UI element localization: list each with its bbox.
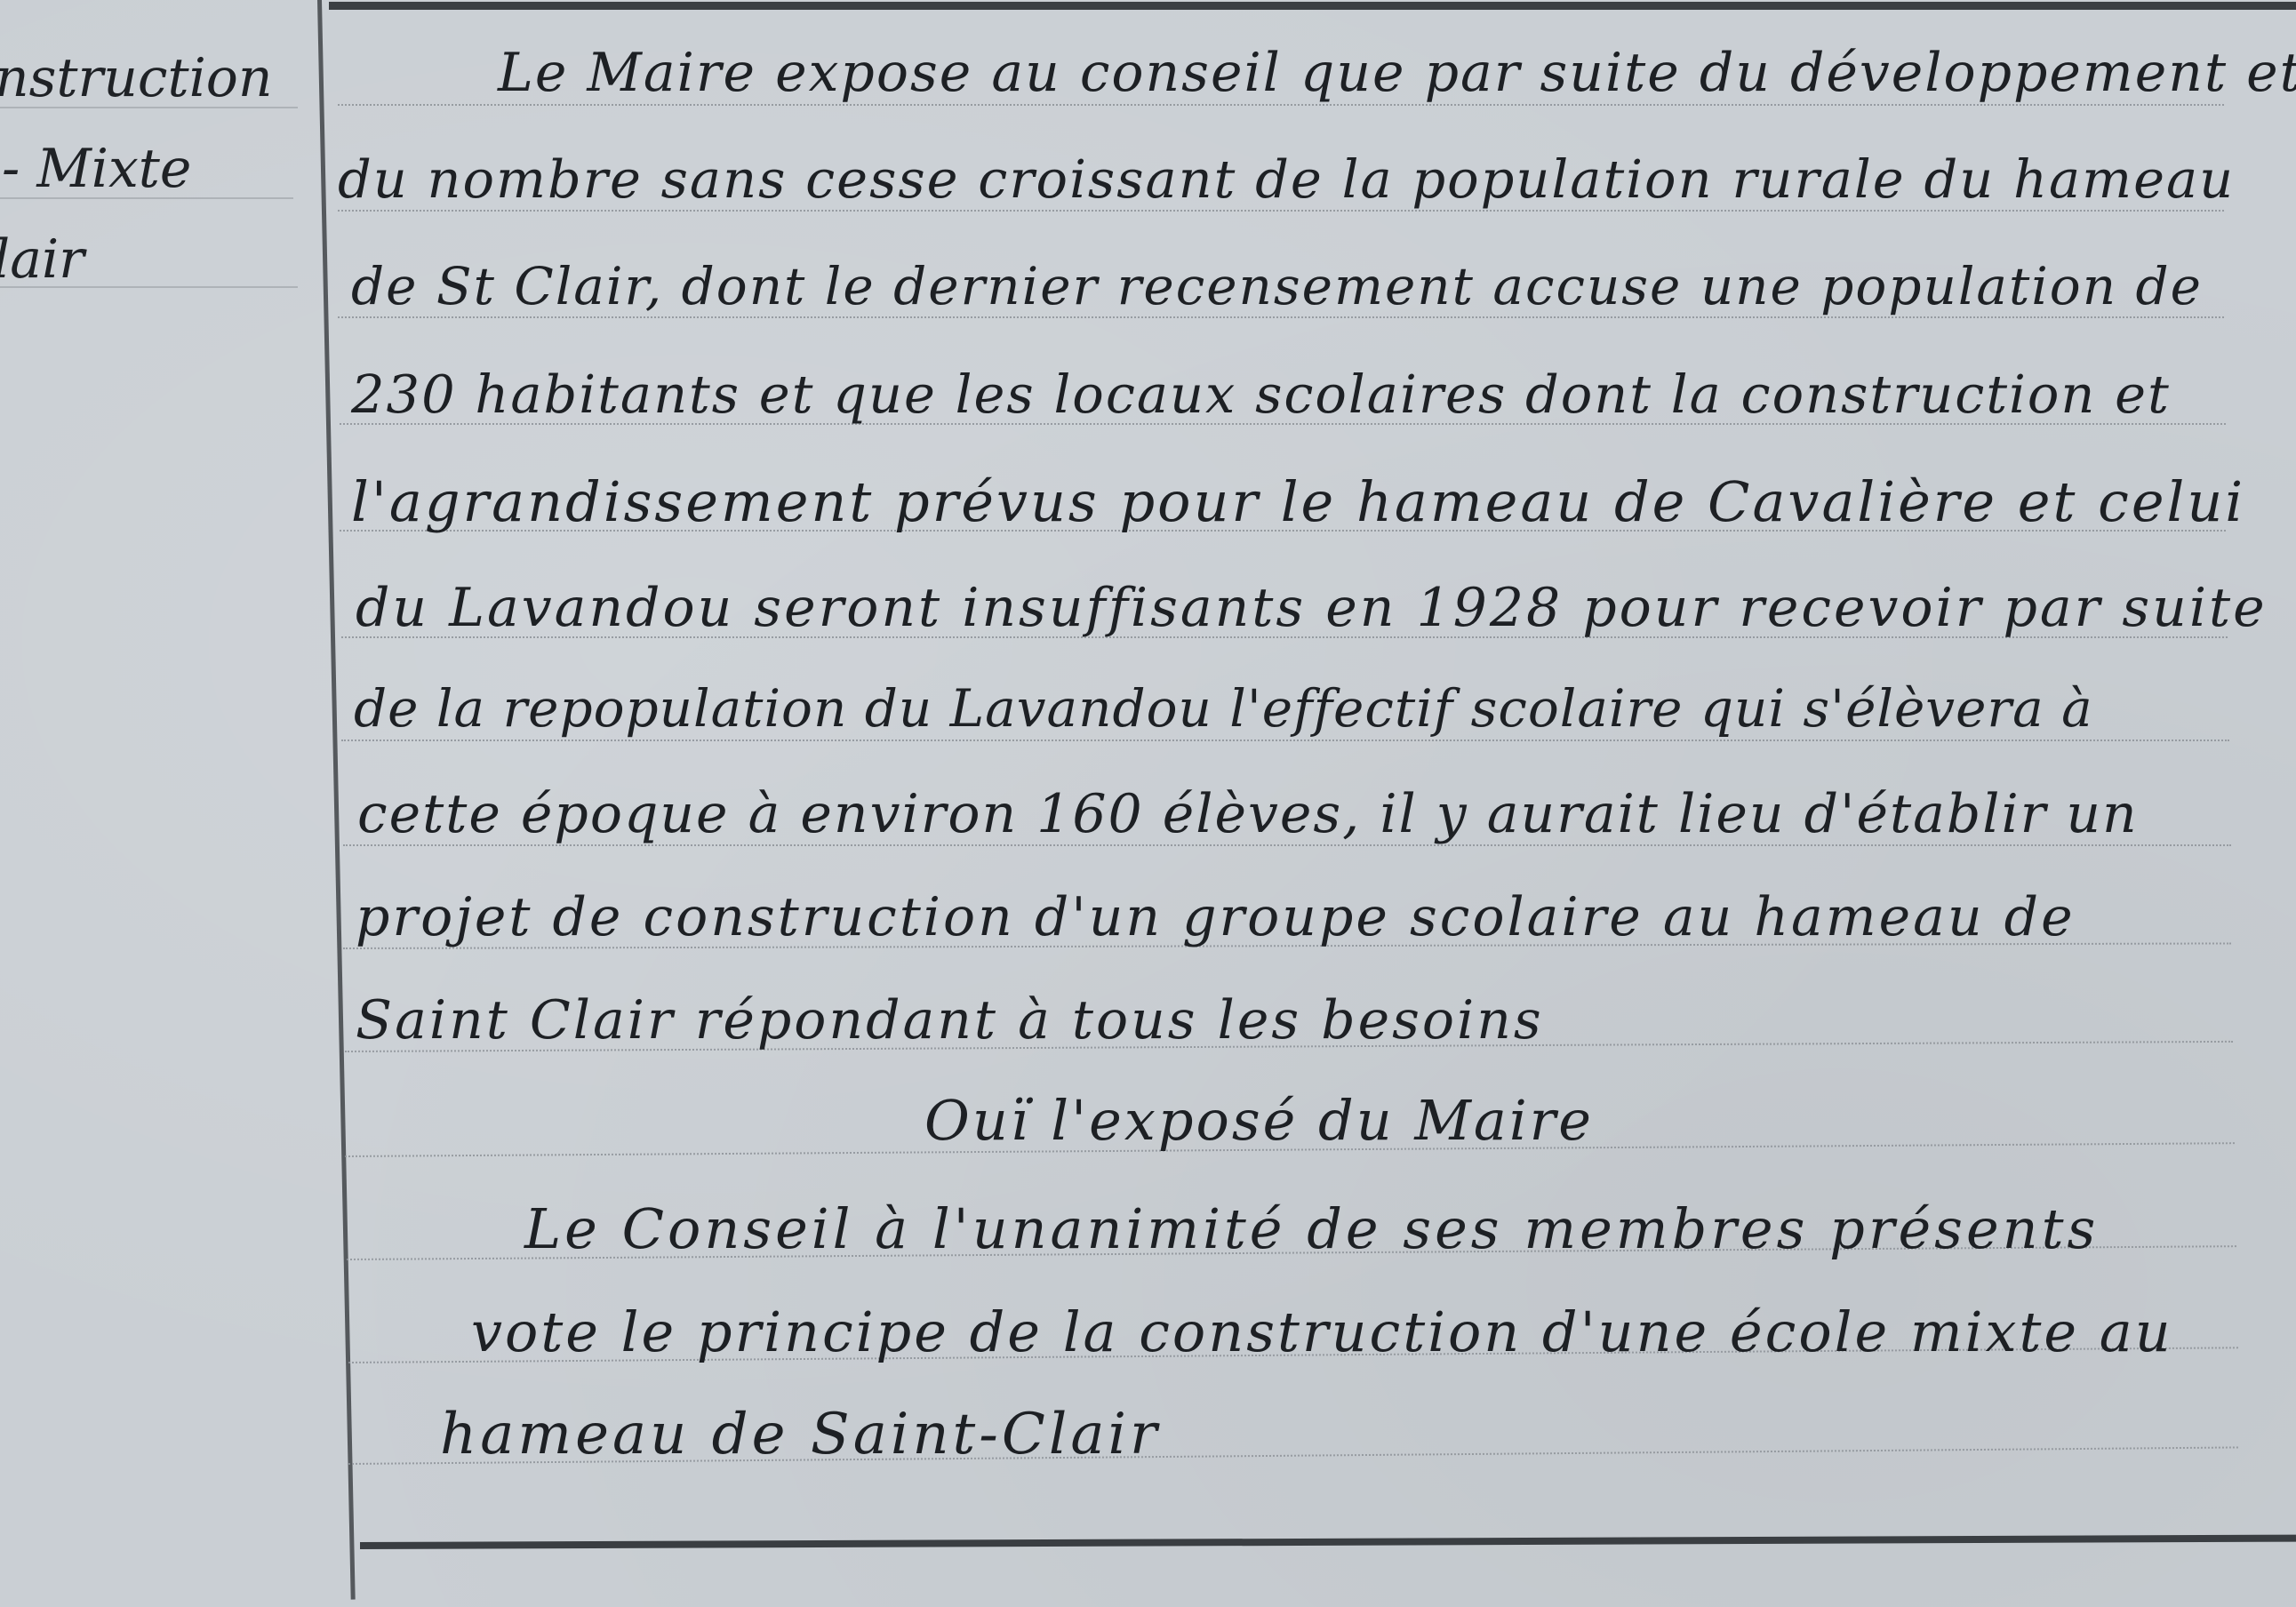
body-line-12: Le Conseil à l'unanimité de ses membres … — [524, 1202, 2099, 1257]
body-line-5: l'agrandissement prévus pour le hameau d… — [351, 475, 2245, 530]
body-line-2: du nombre sans cesse croissant de la pop… — [338, 153, 2235, 205]
margin-note-line-2: - Mixte — [2, 142, 191, 196]
margin-note-line-3: lair — [0, 233, 84, 286]
ruled-line — [338, 316, 2224, 318]
body-line-8: cette époque à environ 160 élèves, il y … — [357, 788, 2139, 841]
body-line-6: du Lavandou seront insuffisants en 1928 … — [356, 581, 2268, 635]
ruled-line — [341, 740, 2229, 741]
ruled-line — [338, 210, 2224, 212]
register-page: nstruction - Mixte lair Le Maire expose … — [0, 0, 2296, 1607]
body-line-1: Le Maire expose au conseil que par suite… — [498, 46, 2296, 100]
margin-note-line-1: nstruction — [0, 52, 273, 105]
body-line-7: de la repopulation du Lavandou l'effecti… — [354, 683, 2093, 734]
body-line-10: Saint Clair répondant à tous les besoins — [356, 994, 1544, 1047]
margin-vertical-line — [317, 0, 356, 1600]
body-line-4: 230 habitants et que les locaux scolaire… — [351, 368, 2171, 420]
body-line-14: hameau de Saint-Clair — [440, 1406, 1161, 1463]
body-line-3: de St Clair, dont le dernier recensement… — [351, 260, 2203, 312]
body-line-13: vote le principe de la construction d'un… — [471, 1305, 2173, 1360]
body-line-9: projet de construction d'un groupe scola… — [356, 891, 2076, 944]
ruled-line — [338, 104, 2224, 106]
body-line-11-heading: Ouï l'exposé du Maire — [924, 1093, 1594, 1148]
closing-rule — [360, 1535, 2296, 1549]
top-rule — [329, 2, 2296, 10]
